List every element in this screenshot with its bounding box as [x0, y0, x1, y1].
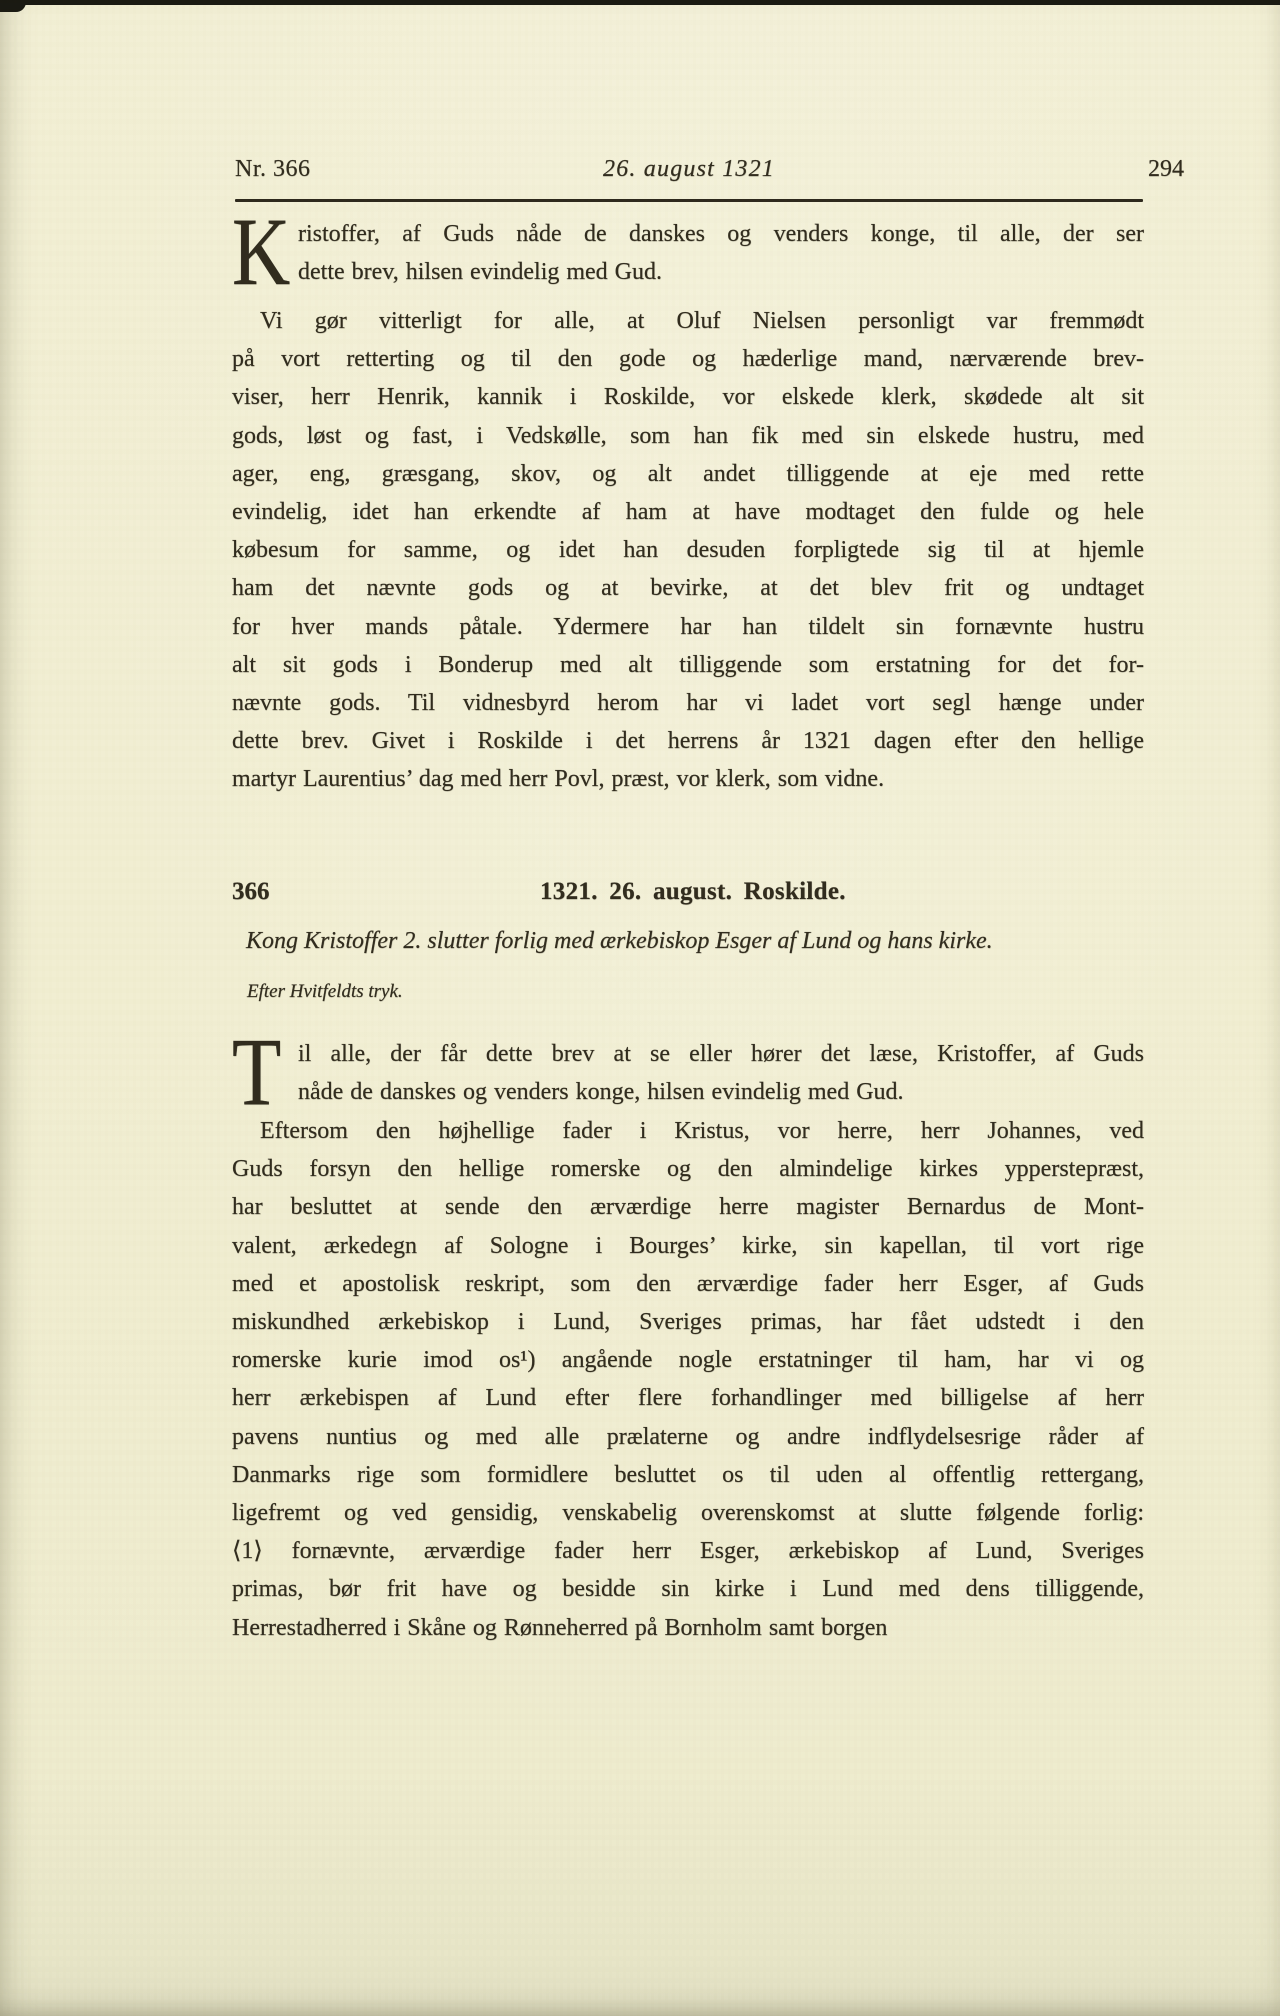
text-line: Vi gør vitterligt for alle, at Oluf Niel…	[232, 302, 1144, 340]
text-line: for hver mands påtale. Ydermere har han …	[232, 608, 1144, 646]
text-line: ligefremt og ved gensidig, venskabelig o…	[232, 1494, 1144, 1532]
text-line: romerske kurie imod os¹) angående nogle …	[232, 1341, 1144, 1379]
text-line: Herrestadherred i Skåne og Rønneherred p…	[232, 1609, 1144, 1647]
entry-365-salutation: K ristoffer, af Guds nåde de danskes og …	[232, 215, 1144, 291]
text-line: købesum for samme, og idet han desuden f…	[232, 531, 1144, 569]
text-line: alt sit gods i Bonderup med alt tilligge…	[232, 646, 1144, 684]
text-line: har besluttet at sende den ærværdige her…	[232, 1188, 1144, 1226]
running-head-entry-ref: Nr. 366	[235, 156, 311, 183]
drop-cap-initial-k: K	[232, 215, 280, 289]
text-line: Danmarks rige som formidlere besluttet o…	[232, 1456, 1144, 1494]
text-line: Eftersom den højhellige fader i Kristus,…	[232, 1112, 1144, 1150]
entry-366-regest: Kong Kristoffer 2. slutter forlig med ær…	[232, 924, 1144, 958]
entry-366-salutation: T il alle, der får dette brev at se elle…	[232, 1035, 1144, 1111]
text-line: ham det nævnte gods og at bevirke, at de…	[232, 569, 1144, 607]
text-line: på vort retterting og til den gode og hæ…	[232, 340, 1144, 378]
scan-corner-shadow	[0, 0, 26, 12]
text-line: pavens nuntius og med alle prælaterne og…	[232, 1418, 1144, 1456]
text-line: gods, løst og fast, i Vedskølle, som han…	[232, 417, 1144, 455]
entry-366-number: 366	[232, 878, 270, 906]
drop-cap-initial-t: T	[232, 1035, 280, 1109]
text-line: Guds forsyn den hellige romerske og den …	[232, 1150, 1144, 1188]
entry-366-heading-row: 366 1321. 26. august. Roskilde.	[232, 878, 1144, 912]
text-line: primas, bør frit have og besidde sin kir…	[232, 1570, 1144, 1608]
text-line: valent, ærkedegn af Sologne i Bourges’ k…	[232, 1227, 1144, 1265]
text-line: dette brev. Givet i Roskilde i det herre…	[232, 722, 1144, 760]
text-line: med et apostolisk reskript, som den ærvæ…	[232, 1265, 1144, 1303]
page-number: 294	[1148, 156, 1184, 183]
text-line: miskundhed ærkebiskop i Lund, Sveriges p…	[232, 1303, 1144, 1341]
text-line: ⟨1⟩ fornævnte, ærværdige fader herr Esge…	[232, 1532, 1144, 1570]
text-line: viser, herr Henrik, kannik i Roskilde, v…	[232, 378, 1144, 416]
text-line: il alle, der får dette brev at se eller …	[232, 1035, 1144, 1073]
text-line: nævnte gods. Til vidnesbyrd herom har vi…	[232, 684, 1144, 722]
text-line: nåde de danskes og venders konge, hilsen…	[232, 1073, 1144, 1111]
running-head: Nr. 366 26. august 1321	[235, 156, 1143, 188]
entry-366-date-place: 1321. 26. august. Roskilde.	[540, 878, 846, 906]
text-line: dette brev, hilsen evindelig med Gud.	[232, 253, 1144, 291]
entry-366-source-note: Efter Hvitfeldts tryk.	[232, 978, 1144, 1006]
text-line: martyr Laurentius’ dag med herr Povl, pr…	[232, 760, 1144, 798]
text-line: herr ærkebispen af Lund efter flere forh…	[232, 1379, 1144, 1417]
entry-365-body: Vi gør vitterligt for alle, at Oluf Niel…	[232, 302, 1144, 799]
running-head-date: 26. august 1321	[603, 156, 775, 183]
entry-366-body: Eftersom den højhellige fader i Kristus,…	[232, 1112, 1144, 1647]
scan-top-edge	[0, 0, 1280, 5]
text-line: ager, eng, græsgang, skov, og alt andet …	[232, 455, 1144, 493]
header-rule	[235, 199, 1143, 202]
text-line: ristoffer, af Guds nåde de danskes og ve…	[232, 215, 1144, 253]
scanned-book-page: Nr. 366 26. august 1321 294 K ristoffer,…	[0, 0, 1280, 2016]
text-line: evindelig, idet han erkendte af ham at h…	[232, 493, 1144, 531]
